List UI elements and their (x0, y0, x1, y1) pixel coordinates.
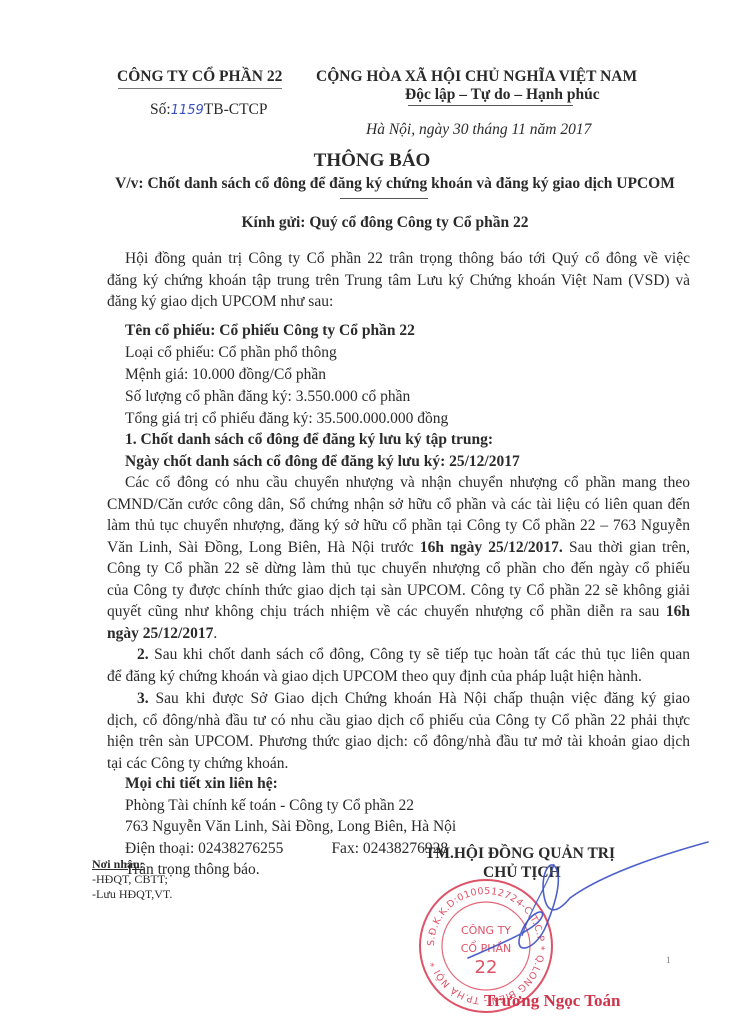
notice-subject: V/v: Chốt danh sách cổ đông để đăng ký c… (0, 175, 744, 193)
stock-par-value: Mệnh giá: 10.000 đồng/Cổ phần (107, 364, 690, 386)
company-underline (118, 88, 282, 89)
intro-paragraph: Hội đồng quản trị Công ty Cổ phần 22 trâ… (107, 248, 690, 313)
section-1-heading: 1. Chốt danh sách cổ đông để đăng ký lưu… (107, 429, 690, 451)
section-1-line: Các cổ đông có nhu cầu chuyển nhượng và … (107, 472, 690, 494)
section-3-line: tại các Công ty chứng khoán. (107, 753, 690, 775)
deadline-bold: ngày 25/12/2017 (107, 625, 213, 642)
section-3-line: dịch, cổ đông/nhà đầu tư có nhu cầu giao… (107, 710, 690, 732)
text: Văn Linh, Sài Đồng, Long Biên, Hà Nội tr… (107, 539, 420, 556)
section-1-line: CMND/Căn cước công dân, Sổ chứng nhận sở… (107, 494, 690, 516)
recipients-heading: Nơi nhận: (92, 857, 172, 872)
nation-title: CỘNG HÒA XÃ HỘI CHỦ NGHĨA VIỆT NAM (316, 68, 637, 86)
section-2-line: để đăng ký chứng khoán và giao dịch UPCO… (107, 666, 690, 688)
company-name: CÔNG TY CỔ PHẦN 22 (117, 68, 282, 86)
subject-underline (340, 198, 428, 199)
signer-name: Trương Ngọc Toán (484, 991, 620, 1011)
nation-motto: Độc lập – Tự do – Hạnh phúc (405, 86, 600, 104)
document-number: Số:1159TB-CTCP (150, 101, 268, 119)
text: quyết cũng như không chịu trách nhiệm về… (107, 603, 666, 620)
page-mark: 1 (666, 955, 671, 965)
recipient-line: Kính gửi: Quý cổ đông Công ty Cổ phần 22 (0, 214, 744, 232)
stock-info: Tên cổ phiếu: Cổ phiếu Công ty Cổ phần 2… (107, 320, 690, 430)
section-number: 2. (137, 646, 149, 663)
section-1-line: làm thủ tục chuyển nhượng, đăng ký sở hữ… (107, 515, 690, 537)
stock-quantity: Số lượng cổ phần đăng ký: 3.550.000 cổ p… (107, 386, 690, 408)
contact-address: 763 Nguyễn Văn Linh, Sài Đồng, Long Biên… (107, 816, 690, 838)
text: . (213, 625, 217, 642)
section-1-line: Công ty Cổ phần 22 sẽ dừng làm thủ tục c… (107, 558, 690, 580)
notice-title: THÔNG BÁO (0, 150, 744, 172)
doc-number-suffix: TB-CTCP (204, 101, 268, 118)
handwritten-signature-icon (460, 840, 720, 980)
place-date: Hà Nội, ngày 30 tháng 11 năm 2017 (366, 121, 591, 139)
deadline-bold: 16h (666, 603, 690, 620)
section-1-line: ngày 25/12/2017. (107, 623, 690, 645)
contact-department: Phòng Tài chính kế toán - Công ty Cổ phầ… (107, 795, 690, 817)
record-date: Ngày chốt danh sách cổ đông để đăng ký l… (107, 451, 690, 473)
section-1-line: của Công ty được chính thức giao dịch tạ… (107, 580, 690, 602)
doc-number-handwritten: 1159 (171, 103, 204, 118)
stock-total-value: Tổng giá trị cổ phiếu đăng ký: 35.500.00… (107, 408, 690, 430)
recipients-block: Nơi nhận: -HĐQT, CBTT; -Lưu HĐQT,VT. (92, 857, 172, 902)
contact-heading: Mọi chi tiết xin liên hệ: (107, 773, 690, 795)
text: Sau khi được Sở Giao dịch Chứng khoán Hà… (149, 690, 690, 707)
recipient-item: -HĐQT, CBTT; (92, 872, 172, 887)
stock-name: Tên cổ phiếu: Cổ phiếu Công ty Cổ phần 2… (107, 320, 690, 342)
motto-underline (408, 105, 573, 106)
section-1: 1. Chốt danh sách cổ đông để đăng ký lưu… (107, 429, 690, 644)
section-2: 2. Sau khi chốt danh sách cổ đông, Công … (107, 644, 690, 687)
section-number: 3. (137, 690, 149, 707)
text: Sau thời gian trên, (563, 539, 690, 556)
section-2-line: 2. Sau khi chốt danh sách cổ đông, Công … (107, 644, 690, 666)
section-3: 3. Sau khi được Sở Giao dịch Chứng khoán… (107, 688, 690, 774)
deadline-bold: 16h ngày 25/12/2017. (420, 539, 563, 556)
intro-line: đăng ký giao dịch UPCOM như sau: (107, 291, 690, 313)
doc-number-prefix: Số: (150, 101, 171, 118)
section-3-line: 3. Sau khi được Sở Giao dịch Chứng khoán… (107, 688, 690, 710)
intro-line: Hội đồng quản trị Công ty Cổ phần 22 trâ… (107, 248, 690, 270)
text: Sau khi chốt danh sách cổ đông, Công ty … (149, 646, 690, 663)
intro-line: đăng ký chứng khoán tập trung trên Trung… (107, 270, 690, 292)
stock-type: Loại cổ phiếu: Cổ phần phổ thông (107, 342, 690, 364)
recipient-item: -Lưu HĐQT,VT. (92, 887, 172, 902)
section-3-line: hiện trên sàn UPCOM. Phương thức giao dị… (107, 731, 690, 753)
contact-phone: Điện thoại: 02438276255 (125, 840, 283, 857)
section-1-line: Văn Linh, Sài Đồng, Long Biên, Hà Nội tr… (107, 537, 690, 559)
section-1-line: quyết cũng như không chịu trách nhiệm về… (107, 601, 690, 623)
